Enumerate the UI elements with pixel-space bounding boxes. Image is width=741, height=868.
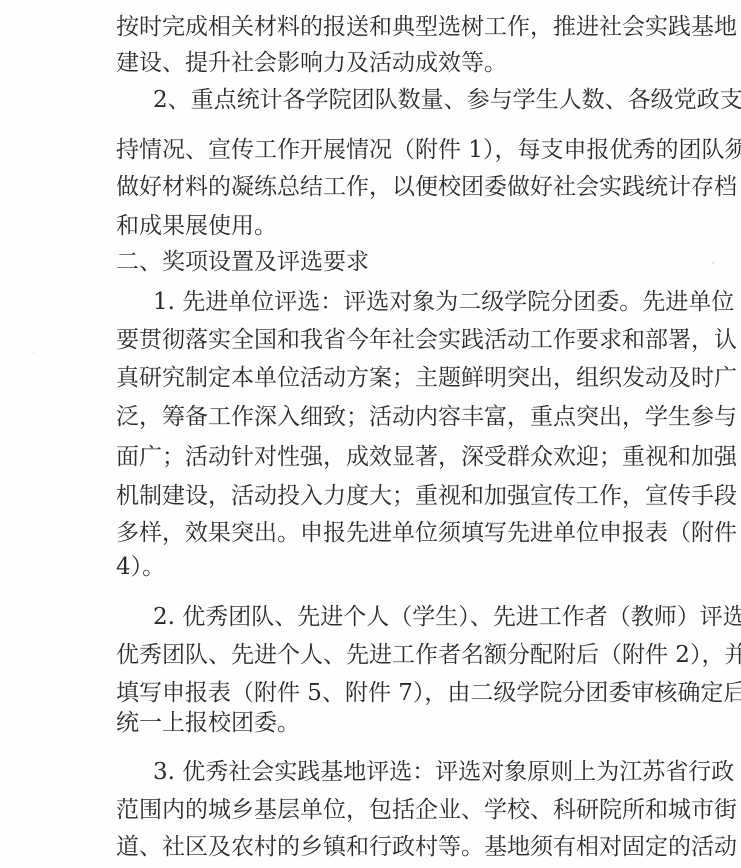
document-page: 按时完成相关材料的报送和典型选树工作，推进社会实践基地 建设、提升社会影响力及活… (0, 0, 741, 868)
text-line: 做好材料的凝练总结工作，以便校团委做好社会实践统计存档 (116, 172, 657, 202)
text-line: 统一上报校团委。 (116, 708, 657, 738)
text-line: 面广；活动针对性强，成效显著，深受群众欢迎；重视和加强 (116, 442, 657, 472)
scan-speck (705, 610, 707, 612)
text-line: 和成果展使用。 (116, 211, 657, 241)
text-line: 填写申报表（附件 5、附件 7），由二级学院分团委审核确定后 (116, 678, 657, 708)
scan-speck (712, 262, 714, 264)
paragraph-start-line: 3. 优秀社会实践基地评选：评选对象原则上为江苏省行政 (153, 757, 657, 787)
text-line: 按时完成相关材料的报送和典型选树工作，推进社会实践基地 (116, 12, 657, 42)
text-line: 持情况、宣传工作开展情况（附件 1），每支申报优秀的团队须 (116, 135, 657, 165)
text-line: 优秀团队、先进个人、先进工作者名额分配附后（附件 2），并 (116, 640, 657, 670)
paragraph-start-line: 2. 优秀团队、先进个人（学生）、先进工作者（教师）评选： (153, 602, 657, 632)
text-line: 要贯彻落实全国和我省今年社会实践活动工作要求和部署，认 (116, 325, 657, 355)
text-line: 道、社区及农村的乡镇和行政村等。基地须有相对固定的活动 (116, 832, 657, 862)
text-line: 机制建设，活动投入力度大；重视和加强宣传工作，宣传手段 (116, 481, 657, 511)
scan-speck (33, 352, 35, 354)
text-line: 多样，效果突出。申报先进单位须填写先进单位申报表（附件 (116, 518, 657, 548)
paragraph-start-line: 1. 先进单位评选：评选对象为二级学院分团委。先进单位 (153, 287, 657, 317)
section-heading: 二、奖项设置及评选要求 (116, 247, 657, 277)
text-line: 建设、提升社会影响力及活动成效等。 (116, 48, 657, 78)
text-line: 泛，筹备工作深入细致；活动内容丰富，重点突出，学生参与 (116, 402, 657, 432)
text-line: 4）。 (116, 552, 657, 582)
text-line: 范围内的城乡基层单位，包括企业、学校、科研院所和城市街 (116, 795, 657, 825)
paragraph-start-line: 2、重点统计各学院团队数量、参与学生人数、各级党政支 (153, 85, 657, 115)
text-line: 真研究制定本单位活动方案；主题鲜明突出，组织发动及时广 (116, 363, 657, 393)
